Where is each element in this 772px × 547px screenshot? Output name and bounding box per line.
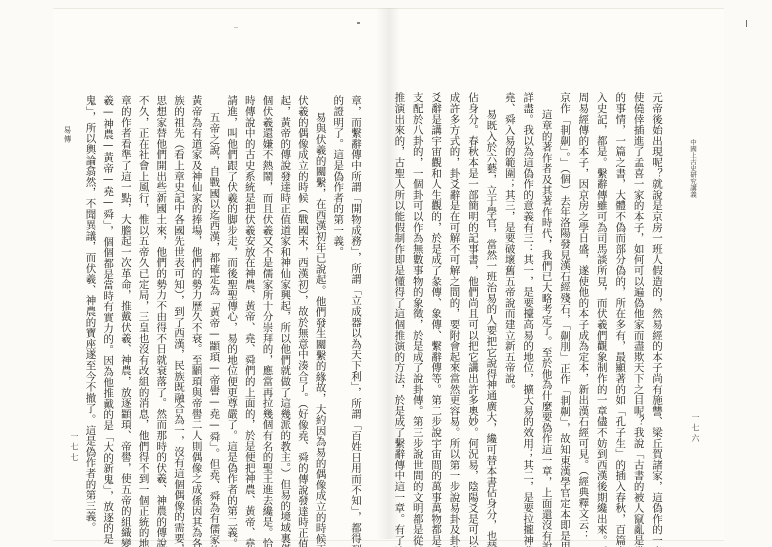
text-column: 黃帝為有道家及神仙家的捧場，他們的勢力歷久不衰。至顓頊與帝嚳二人則偶像之成係因其… [187,95,205,519]
text-column: 這章的著作者及其著作時代，我們已大略考定了。至於他為什麼要偽作這一章，上面還沒有… [537,92,555,533]
text-column: 羲—神農—黃帝—堯—舜」，個個都是當時有實力的。因為他推戴的是「大的新鬼」，放逐… [98,95,116,519]
text-column: 成許多方式的，卦爻辭是在可解不可解之間的，要附會起來當然更容易。所以第一步說易卦… [445,92,463,516]
text-column: 請進，叫他們跟了伏羲的脚步走，而後聖聖傳心，易的地位便更尊嚴了。這是偽作者的第二… [222,95,240,519]
text-column: 個伏羲還嫌不熱鬧，而且伏羲又不是儒家所十分崇拜的，應當再拉幾個有名的聖王進去纔是… [258,95,276,519]
text-column: 的事情，一篇之書，大體不偽而部分偽的，所在多有，最顯著的如「孔子生」的插入春秋，… [611,92,629,516]
text-column: 支配於八卦的，一個卦可以作為無數事物的象徵，於是成了說卦傳。第三步說世間的文明都… [408,92,426,516]
scan-speck [746,20,747,27]
text-column: 爻辭是講宇宙觀和人生觀的，於是成了彖傳、象傳、繫辭傳等。第二步說宇宙間的萬事萬物… [427,92,445,516]
text-column: 章的作者看準了這一點，大膽起一次革命，推戴伏羲、神農，放逐顓頊、帝嚳，使五帝的組… [116,95,134,519]
text-column: 使僥倖插進了孟喜一家的本子，如何可以遍偽他家而盡欺天下之目呢？我說「古書的被人竄… [629,92,647,516]
text-column: 的證明了。這是偽作者的第一義。 [329,95,347,519]
text-column: 思想家替他們開出些新國土來，他們的勢力不由得不日就衰落了。然而那時的伏羲、神農的… [152,95,170,519]
text-column: 鬼」，所以輿論翕然，不聞異議，而伏羲、神農的寶座遂至今不撤了。這是偽作者的第三義… [81,95,99,519]
book-spread: 元帝後始出現呢？就說是京房一班人假造的，然易經的本子尚有施讐、梁丘賀諸家，這偽作… [0,0,772,547]
text-column: 周易經傳的本子，因京房之學日盛，遂使他的本子成為定本，新出漢石經可見。（經典釋文… [574,92,592,516]
scan-speck [234,27,238,28]
running-title: 中國上古史研究講義 [687,139,699,198]
text-column: 堯、舜入易的範圍；其三，是要破壞舊五帝說而建立新五帝說。 [500,92,518,516]
text-column: 起，黃帝的傳說發達時正值道家和神仙家興起，所以他們就做了這幾派的教主。）但易的境… [275,95,293,519]
text-column: 佔身分。春秋本是一部簡明的記事書，他們尚且可以把它講出許多奧妙。何況易，陰陽爻是… [464,92,482,516]
text-column: 族的祖先（看上章史記中各國先世表可知），到了西漢，民族既融合為一，沒有這個偶像的… [169,95,187,519]
text-column: 元帝後始出現呢？就說是京房一班人假造的，然易經的本子尚有施讐、梁丘賀諸家，這偽作… [648,92,666,516]
scan-speck [300,531,302,533]
page-number-left: 一七七 [68,432,80,464]
text-column: 不久，正在社會上風行，惟以五帝久已定局，三皇也沒有改組的消息，他們得不到一個正統… [134,95,152,519]
page-number-right: 一七六 [689,413,701,445]
text-column: 伏羲的偶像成立的時候（戰國末，西漢初），故於無意中湊合了。（好像堯、舜的傳說發達… [293,95,311,519]
left-page-text-columns: 章，而繫辭傳中所謂「開物成務」，所謂「立成器以為天下利」，所謂「百姓日用而不知」… [80,95,364,519]
text-column: 章，而繫辭傳中所謂「開物成務」，所謂「立成器以為天下利」，所謂「百姓日用而不知」… [346,95,364,519]
text-column: 推演出來的，古聖人所以能假制作即是懂得了這個推演的方法，於是成了繫辭傳中這一章。… [390,92,408,516]
text-column: 京作「剕劓」。」（個）去年洛陽發見漢石經殘石，「劓刖」正作「剕劓」，故知東漢學官… [556,92,574,516]
text-column: 五帝之說，自戰國以迄西漢，都確定為「黃帝—顓頊—帝嚳—堯—舜」。但堯、舜為有儒家… [205,95,223,536]
text-column: 易與伏羲的關繫，在西漢初年已說起。他們發生關繫的緣故，大約因為易的偶像成立的時候… [311,95,329,536]
text-column: 易既入於六藝，立于學官，當然一班治易的人要把它說得神通廣大，纔可替本書佔身分，也… [482,92,500,533]
text-column: 詳盡。我以為這偽作的意義有三：其一，是要擡高易的地位，擴大易的效用；其二，是要拉… [519,92,537,516]
scan-speck [357,22,360,24]
right-page-text-columns: 元帝後始出現呢？就說是京房一班人假造的，然易經的本子尚有施讐、梁丘賀諸家，這偽作… [393,92,666,516]
text-column: 時傳說中的古史系統是把伏羲安放在神農、黃帝、堯、舜們的上面的，於是便把神農、黃帝… [240,95,258,519]
text-column: 入史記，都是。繫辭傳雖可為司馬談所見，而伏羲們觀象制作的一章儘不妨到西漢後期纔出… [592,92,610,516]
section-label: 易傳 [61,126,73,144]
